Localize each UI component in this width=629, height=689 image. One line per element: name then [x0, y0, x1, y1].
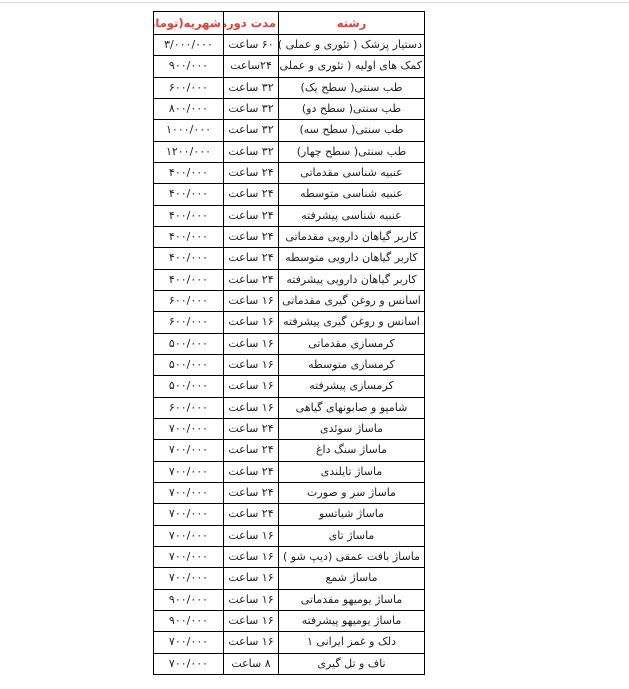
cell-field: طب سنتی( سطح چهار)	[279, 141, 425, 162]
cell-field: عنبیه شناسی مقدماتی	[279, 162, 425, 183]
table-row: ماساژ سر و صورت۲۴ ساعت۷۰۰/۰۰۰	[154, 482, 425, 503]
cell-field: ماساژ یومیهو پیشرفته	[279, 610, 425, 631]
cell-tuition: ۷۰۰/۰۰۰	[154, 653, 224, 674]
table-row: ماساژ یومیهو مقدماتی۱۶ ساعت۹۰۰/۰۰۰	[154, 589, 425, 610]
cell-tuition: ۷۰۰/۰۰۰	[154, 461, 224, 482]
cell-field: دلک و غمز ایرانی ۱	[279, 632, 425, 653]
cell-field: ماساژ سر و صورت	[279, 482, 425, 503]
header-row: رشته مدت دوره شهریه(تومان)	[154, 12, 425, 35]
cell-tuition: ۶۰۰/۰۰۰	[154, 312, 224, 333]
cell-tuition: ۹۰۰/۰۰۰	[154, 56, 224, 77]
cell-tuition: ۴۰۰/۰۰۰	[154, 162, 224, 183]
cell-duration: ۱۶ ساعت	[224, 333, 279, 354]
cell-duration: ۲۴ ساعت	[224, 205, 279, 226]
cell-field: ماساژ تایلندی	[279, 461, 425, 482]
cell-tuition: ۳/۰۰۰/۰۰۰	[154, 35, 224, 56]
cell-tuition: ۹۰۰/۰۰۰	[154, 610, 224, 631]
cell-field: ماساژ شیاتسو	[279, 504, 425, 525]
cell-tuition: ۷۰۰/۰۰۰	[154, 632, 224, 653]
table-row: ماساژ تایلندی۲۴ ساعت۷۰۰/۰۰۰	[154, 461, 425, 482]
cell-field: اسانس و روغن گیری مقدماتی	[279, 290, 425, 311]
cell-duration: ۱۶ ساعت	[224, 546, 279, 567]
cell-tuition: ۷۰۰/۰۰۰	[154, 568, 224, 589]
cell-tuition: ۱۰۰۰/۰۰۰	[154, 120, 224, 141]
cell-tuition: ۵۰۰/۰۰۰	[154, 333, 224, 354]
cell-duration: ۲۴ ساعت	[224, 482, 279, 503]
cell-field: ماساژ یومیهو مقدماتی	[279, 589, 425, 610]
cell-duration: ۲۴ ساعت	[224, 248, 279, 269]
cell-duration: ۲۴ ساعت	[224, 440, 279, 461]
cell-tuition: ۶۰۰/۰۰۰	[154, 77, 224, 98]
cell-field: ماساژ شمع	[279, 568, 425, 589]
cell-field: کرمسازی مقدماتی	[279, 333, 425, 354]
table-row: ماساژ سوئدی۲۴ ساعت۷۰۰/۰۰۰	[154, 418, 425, 439]
cell-tuition: ۵۰۰/۰۰۰	[154, 354, 224, 375]
table-row: ماساژ تای۱۶ ساعت۷۰۰/۰۰۰	[154, 525, 425, 546]
cell-tuition: ۷۰۰/۰۰۰	[154, 482, 224, 503]
table-row: کاربر گیاهان دارویی پیشرفته۲۴ ساعت۴۰۰/۰۰…	[154, 269, 425, 290]
table-row: طب سنتی( سطح یک)۳۲ ساعت۶۰۰/۰۰۰	[154, 77, 425, 98]
table-row: ماساژ شمع۱۶ ساعت۷۰۰/۰۰۰	[154, 568, 425, 589]
cell-tuition: ۶۰۰/۰۰۰	[154, 290, 224, 311]
cell-tuition: ۷۰۰/۰۰۰	[154, 440, 224, 461]
cell-duration: ۱۶ ساعت	[224, 610, 279, 631]
cell-duration: ۲۴ ساعت	[224, 504, 279, 525]
cell-duration: ۱۶ ساعت	[224, 290, 279, 311]
page: { "page": { "colors": { "background": "#…	[0, 0, 629, 689]
courses-table-container: رشته مدت دوره شهریه(تومان) دستیار پزشک (…	[153, 11, 425, 675]
cell-field: طب سنتی( سطح دو)	[279, 98, 425, 119]
table-row: اسانس و روغن گیری پیشرفته۱۶ ساعت۶۰۰/۰۰۰	[154, 312, 425, 333]
cell-duration: ۱۶ ساعت	[224, 354, 279, 375]
cell-tuition: ۴۰۰/۰۰۰	[154, 226, 224, 247]
cell-tuition: ۷۰۰/۰۰۰	[154, 525, 224, 546]
table-row: طب سنتی( سطح دو)۳۲ ساعت۸۰۰/۰۰۰	[154, 98, 425, 119]
cell-field: ماساژ سوئدی	[279, 418, 425, 439]
table-row: دلک و غمز ایرانی ۱۱۶ ساعت۷۰۰/۰۰۰	[154, 632, 425, 653]
table-row: کمک های اولیه ( تئوری و عملی )۲۴ساعت۹۰۰/…	[154, 56, 425, 77]
table-row: کرمسازی متوسطه۱۶ ساعت۵۰۰/۰۰۰	[154, 354, 425, 375]
cell-tuition: ۷۰۰/۰۰۰	[154, 418, 224, 439]
table-row: ماساژ بافت عمقی (دیپ شو )۱۶ ساعت۷۰۰/۰۰۰	[154, 546, 425, 567]
column-header-field: رشته	[279, 12, 425, 35]
table-row: طب سنتی( سطح سه)۳۲ ساعت۱۰۰۰/۰۰۰	[154, 120, 425, 141]
table-row: شامپو و صابونهای گیاهی۱۶ ساعت۶۰۰/۰۰۰	[154, 397, 425, 418]
table-row: ماساژ شیاتسو۲۴ ساعت۷۰۰/۰۰۰	[154, 504, 425, 525]
table-row: کرمسازی پیشرفته۱۶ ساعت۵۰۰/۰۰۰	[154, 376, 425, 397]
cell-duration: ۲۴ ساعت	[224, 184, 279, 205]
cell-duration: ۱۶ ساعت	[224, 632, 279, 653]
cell-field: عنبیه شناسی متوسطه	[279, 184, 425, 205]
cell-tuition: ۷۰۰/۰۰۰	[154, 546, 224, 567]
cell-field: دستیار پزشک ( تئوری و عملی )	[279, 35, 425, 56]
cell-field: کاربر گیاهان دارویی متوسطه	[279, 248, 425, 269]
cell-duration: ۲۴ ساعت	[224, 418, 279, 439]
cell-tuition: ۴۰۰/۰۰۰	[154, 248, 224, 269]
cell-field: عنبیه شناسی پیشرفته	[279, 205, 425, 226]
cell-tuition: ۹۰۰/۰۰۰	[154, 589, 224, 610]
cell-tuition: ۴۰۰/۰۰۰	[154, 269, 224, 290]
cell-duration: ۳۲ ساعت	[224, 77, 279, 98]
cell-duration: ۱۶ ساعت	[224, 312, 279, 333]
table-row: کرمسازی مقدماتی۱۶ ساعت۵۰۰/۰۰۰	[154, 333, 425, 354]
courses-price-table: رشته مدت دوره شهریه(تومان) دستیار پزشک (…	[153, 11, 425, 675]
cell-duration: ۱۶ ساعت	[224, 589, 279, 610]
table-row: کاربر گیاهان دارویی مقدماتی۲۴ ساعت۴۰۰/۰۰…	[154, 226, 425, 247]
cell-field: طب سنتی( سطح سه)	[279, 120, 425, 141]
cell-field: کرمسازی متوسطه	[279, 354, 425, 375]
table-row: طب سنتی( سطح چهار)۳۲ ساعت۱۲۰۰/۰۰۰	[154, 141, 425, 162]
cell-duration: ۲۴ ساعت	[224, 226, 279, 247]
cell-tuition: ۶۰۰/۰۰۰	[154, 397, 224, 418]
cell-duration: ۲۴ ساعت	[224, 162, 279, 183]
table-row: کاربر گیاهان دارویی متوسطه۲۴ ساعت۴۰۰/۰۰۰	[154, 248, 425, 269]
table-body: دستیار پزشک ( تئوری و عملی )۶۰ ساعت۳/۰۰۰…	[154, 35, 425, 675]
cell-tuition: ۷۰۰/۰۰۰	[154, 504, 224, 525]
cell-tuition: ۸۰۰/۰۰۰	[154, 98, 224, 119]
cell-field: کاربر گیاهان دارویی پیشرفته	[279, 269, 425, 290]
cell-duration: ۳۲ ساعت	[224, 120, 279, 141]
cell-duration: ۸ ساعت	[224, 653, 279, 674]
table-row: ناف و تل گیری۸ ساعت۷۰۰/۰۰۰	[154, 653, 425, 674]
page-top-divider	[0, 2, 629, 3]
table-row: ماساژ یومیهو پیشرفته۱۶ ساعت۹۰۰/۰۰۰	[154, 610, 425, 631]
cell-tuition: ۴۰۰/۰۰۰	[154, 184, 224, 205]
table-row: اسانس و روغن گیری مقدماتی۱۶ ساعت۶۰۰/۰۰۰	[154, 290, 425, 311]
cell-duration: ۳۲ ساعت	[224, 141, 279, 162]
cell-tuition: ۱۲۰۰/۰۰۰	[154, 141, 224, 162]
cell-tuition: ۵۰۰/۰۰۰	[154, 376, 224, 397]
cell-tuition: ۴۰۰/۰۰۰	[154, 205, 224, 226]
cell-duration: ۱۶ ساعت	[224, 397, 279, 418]
table-row: ماساژ سنگ داغ۲۴ ساعت۷۰۰/۰۰۰	[154, 440, 425, 461]
cell-duration: ۳۲ ساعت	[224, 98, 279, 119]
table-row: دستیار پزشک ( تئوری و عملی )۶۰ ساعت۳/۰۰۰…	[154, 35, 425, 56]
cell-duration: ۲۴ساعت	[224, 56, 279, 77]
cell-duration: ۱۶ ساعت	[224, 525, 279, 546]
cell-duration: ۱۶ ساعت	[224, 568, 279, 589]
cell-duration: ۲۴ ساعت	[224, 269, 279, 290]
cell-field: طب سنتی( سطح یک)	[279, 77, 425, 98]
cell-duration: ۲۴ ساعت	[224, 461, 279, 482]
cell-field: کرمسازی پیشرفته	[279, 376, 425, 397]
table-row: عنبیه شناسی متوسطه۲۴ ساعت۴۰۰/۰۰۰	[154, 184, 425, 205]
cell-field: کاربر گیاهان دارویی مقدماتی	[279, 226, 425, 247]
cell-duration: ۶۰ ساعت	[224, 35, 279, 56]
cell-field: ماساژ سنگ داغ	[279, 440, 425, 461]
cell-field: کمک های اولیه ( تئوری و عملی )	[279, 56, 425, 77]
cell-duration: ۱۶ ساعت	[224, 376, 279, 397]
cell-field: شامپو و صابونهای گیاهی	[279, 397, 425, 418]
cell-field: اسانس و روغن گیری پیشرفته	[279, 312, 425, 333]
cell-field: ماساژ تای	[279, 525, 425, 546]
table-row: عنبیه شناسی مقدماتی۲۴ ساعت۴۰۰/۰۰۰	[154, 162, 425, 183]
table-row: عنبیه شناسی پیشرفته۲۴ ساعت۴۰۰/۰۰۰	[154, 205, 425, 226]
cell-field: ناف و تل گیری	[279, 653, 425, 674]
column-header-duration: مدت دوره	[224, 12, 279, 35]
cell-field: ماساژ بافت عمقی (دیپ شو )	[279, 546, 425, 567]
column-header-tuition: شهریه(تومان)	[154, 12, 224, 35]
